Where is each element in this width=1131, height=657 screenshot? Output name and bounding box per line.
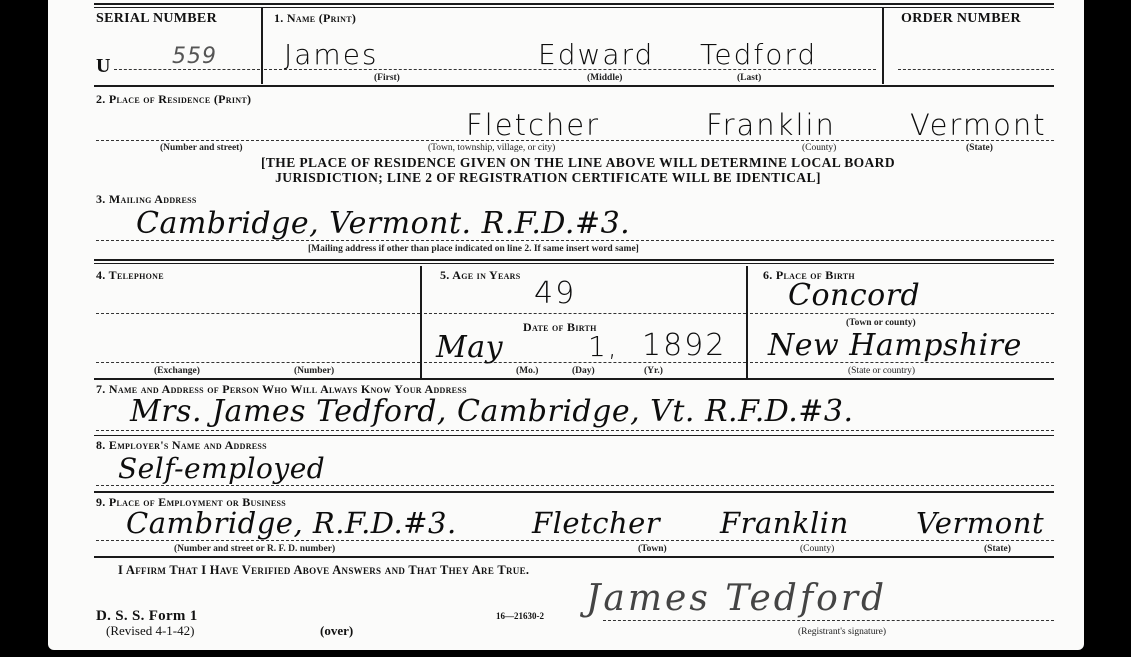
revised-date: (Revised 4-1-42) (106, 623, 194, 639)
residence-state: Vermont (910, 108, 1047, 142)
mailing-caption: [Mailing address if other than place ind… (308, 244, 639, 254)
jurisdiction-notice-line2: JURISDICTION; LINE 2 OF REGISTRATION CER… (148, 170, 948, 186)
employment-state-caption: (State) (984, 544, 1011, 554)
employment-street: Cambridge, R.F.D.#3. (126, 506, 457, 540)
telephone-line2 (96, 362, 420, 363)
serial-number-label: SERIAL NUMBER (96, 11, 217, 27)
serial-prefix: U (96, 55, 111, 78)
birthplace-state: New Hampshire (768, 328, 1022, 363)
employment-town: Fletcher (532, 506, 660, 540)
name-middle: Edward (538, 38, 654, 71)
employment-county: Franklin (720, 506, 849, 540)
name-label: 1. Name (Print) (274, 11, 356, 26)
residence-town: Fletcher (466, 108, 600, 142)
contact-value: Mrs. James Tedford, Cambridge, Vt. R.F.D… (130, 394, 854, 429)
last-caption: (Last) (737, 73, 761, 83)
street-caption: (Number and street) (160, 143, 243, 153)
day-caption: (Day) (572, 366, 595, 376)
serial-line (114, 69, 260, 70)
employment-county-caption: (County) (800, 544, 834, 554)
first-caption: (First) (374, 73, 400, 83)
employer-value: Self-employed (118, 452, 325, 485)
top-border (94, 3, 1054, 5)
employment-state: Vermont (916, 506, 1044, 540)
order-number-label: ORDER NUMBER (901, 11, 1021, 27)
divider (94, 263, 1054, 264)
jurisdiction-notice-line1: [THE PLACE OF RESIDENCE GIVEN ON THE LIN… (148, 155, 1008, 171)
birthplace-town: Concord (788, 278, 920, 313)
divider (94, 378, 1054, 380)
age-line (424, 313, 746, 314)
signature-caption: (Registrant's signature) (798, 627, 886, 637)
birthplace-line1 (750, 313, 1054, 314)
dob-year: 1892 (642, 328, 726, 363)
exchange-caption: (Exchange) (154, 366, 200, 376)
affirmation-text: I Affirm That I Have Verified Above Answ… (118, 563, 529, 578)
employment-line (96, 540, 1054, 541)
order-number-line (898, 69, 1054, 70)
dob-day: 1, (588, 330, 619, 363)
registration-card: SERIAL NUMBER U 559 1. Name (Print) Jame… (48, 0, 1084, 650)
mailing-address-value: Cambridge, Vermont. R.F.D.#3. (136, 206, 630, 241)
county-caption: (County) (802, 143, 836, 153)
employment-street-caption: (Number and street or R. F. D. number) (174, 544, 335, 554)
divider (94, 491, 1054, 493)
employer-label: 8. Employer's Name and Address (96, 438, 267, 453)
birthplace-line2 (750, 362, 1054, 363)
divider (420, 266, 422, 378)
print-code: 16—21630-2 (496, 611, 544, 621)
divider (261, 8, 263, 84)
top-border-inner (94, 7, 1054, 8)
birthplace-state-caption: (State or country) (848, 366, 915, 376)
divider (94, 259, 1054, 261)
residence-county: Franklin (706, 108, 836, 142)
age-label: 5. Age in Years (440, 268, 521, 283)
telephone-line1 (96, 313, 420, 314)
residence-label: 2. Place of Residence (Print) (96, 92, 251, 107)
divider (746, 266, 748, 378)
birthplace-town-caption: (Town or county) (846, 318, 916, 328)
name-first: James (284, 38, 379, 71)
over-note: (over) (320, 623, 353, 639)
town-caption: (Town, township, village, or city) (428, 143, 555, 153)
dob-month: May (436, 330, 503, 365)
month-caption: (Mo.) (516, 366, 538, 376)
contact-line (96, 430, 1054, 431)
signature-line (603, 620, 1054, 621)
serial-number-value: 559 (172, 44, 217, 69)
divider (882, 8, 884, 84)
age-value: 49 (534, 276, 576, 311)
registrant-signature: James Tedford (586, 578, 887, 619)
dob-label: Date of Birth (523, 320, 597, 335)
divider (94, 556, 1054, 558)
telephone-label: 4. Telephone (96, 268, 164, 283)
number-caption: (Number) (294, 366, 334, 376)
name-last: Tedford (700, 38, 817, 71)
middle-caption: (Middle) (587, 73, 622, 83)
state-caption: (State) (966, 143, 993, 153)
employer-line (96, 485, 1054, 486)
employment-town-caption: (Town) (638, 544, 667, 554)
year-caption: (Yr.) (644, 366, 663, 376)
divider (94, 435, 1054, 436)
mailing-label: 3. Mailing Address (96, 192, 197, 207)
divider (94, 85, 1054, 87)
